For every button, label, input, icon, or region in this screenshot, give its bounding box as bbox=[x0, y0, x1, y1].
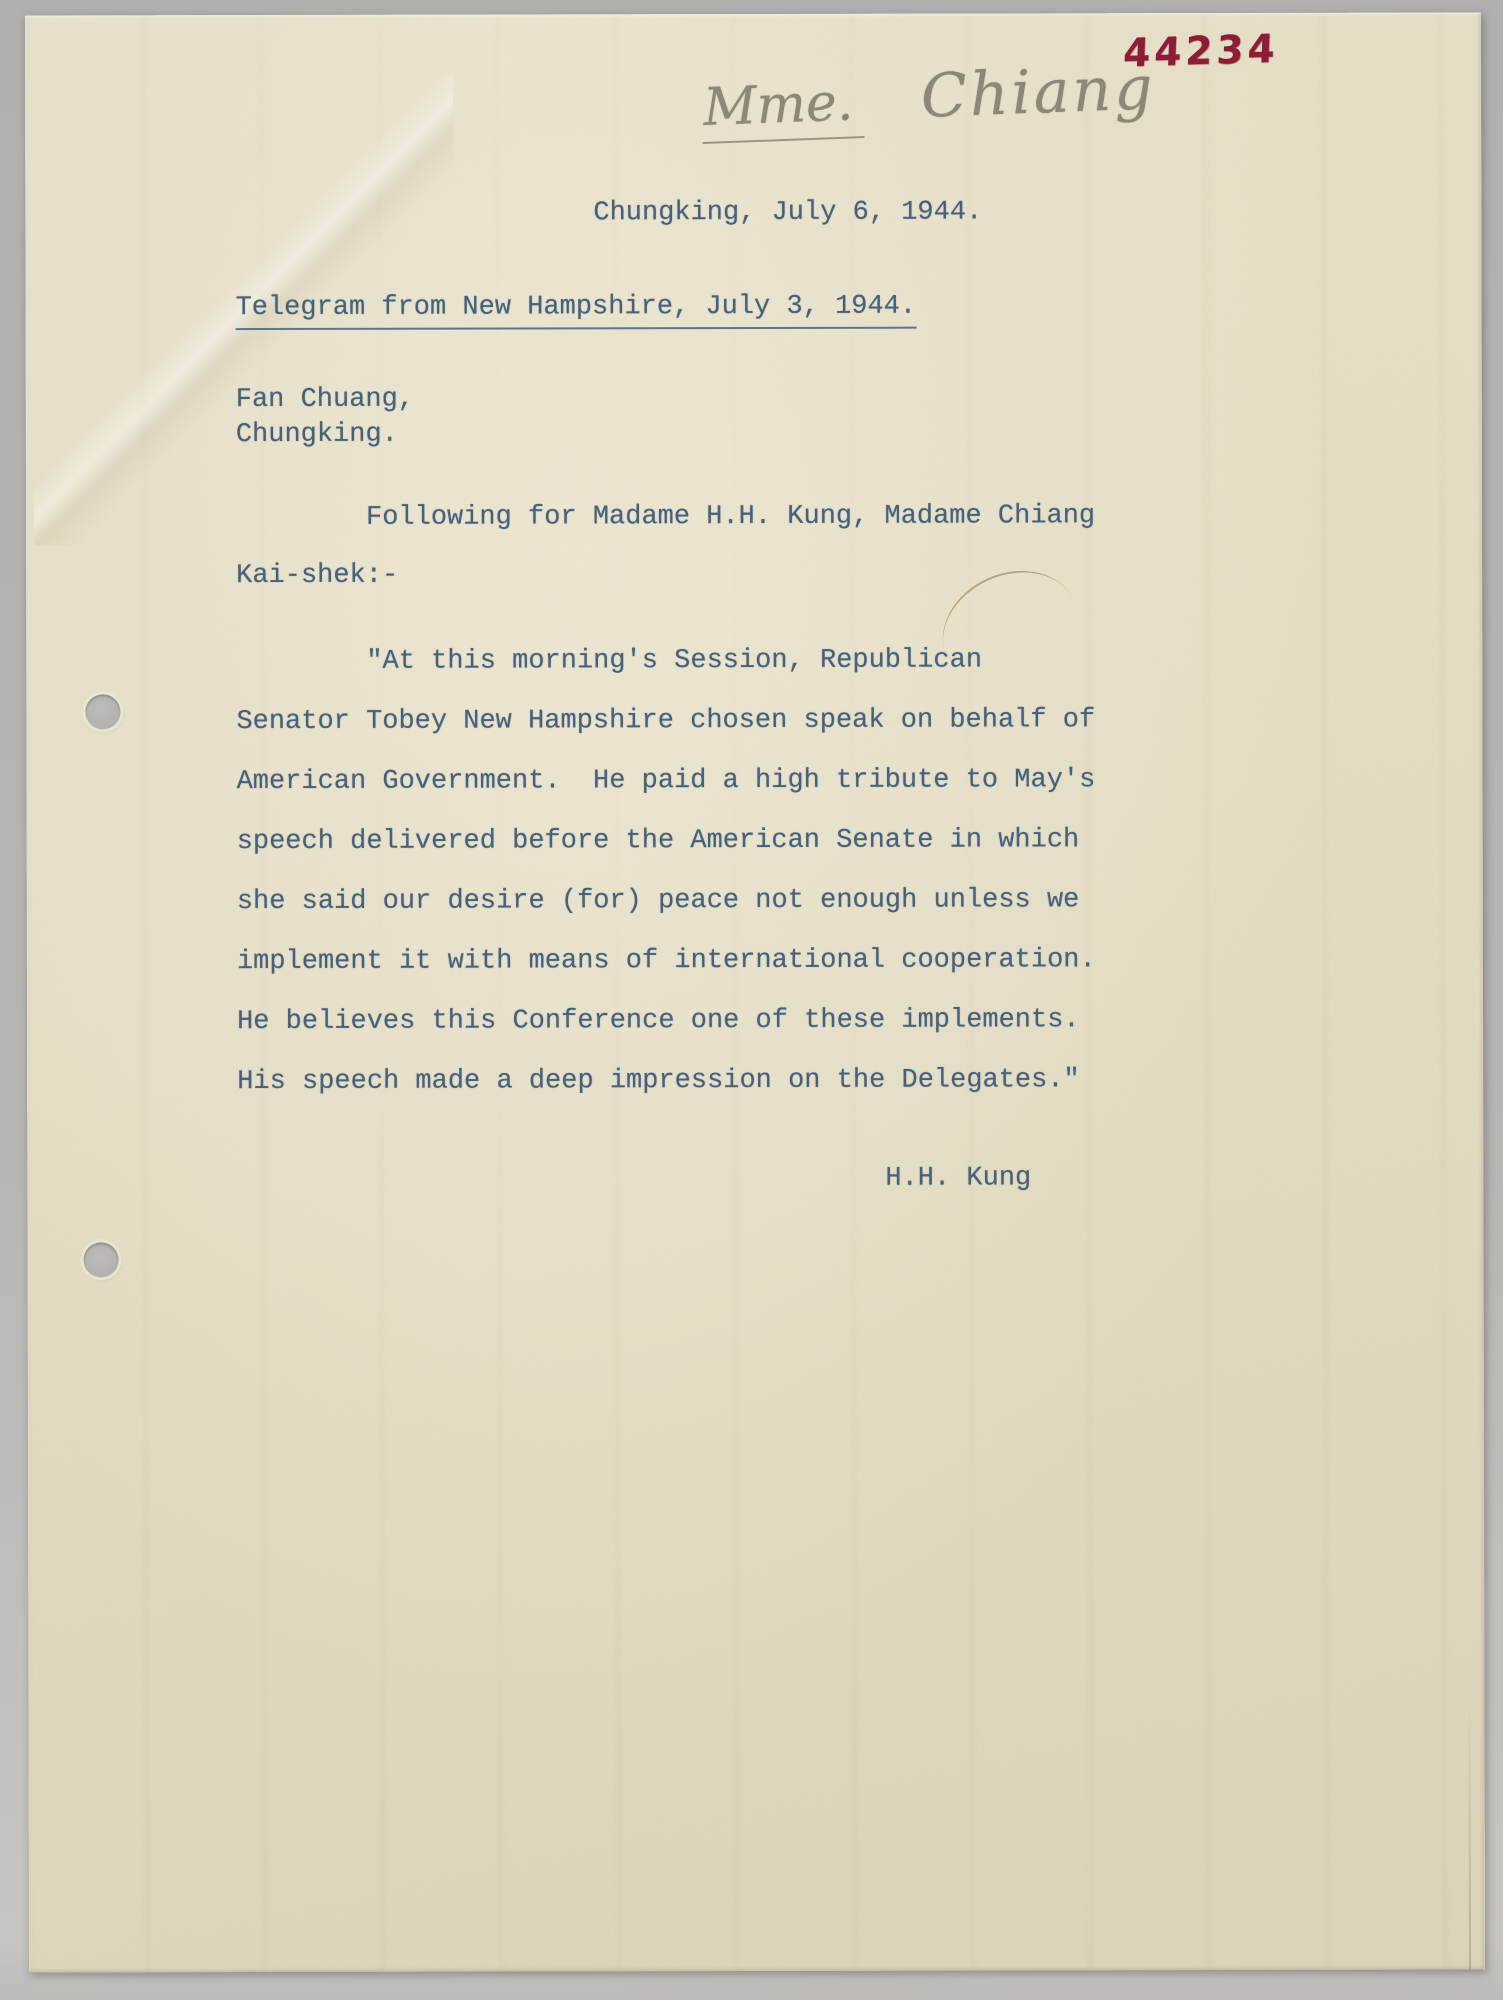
body-line-2: Senator Tobey New Hampshire chosen speak… bbox=[236, 703, 1095, 740]
punch-hole-top bbox=[85, 694, 120, 729]
document-sheet: 44234 Mme.Chiang Chungking, July 6, 1944… bbox=[25, 12, 1485, 1972]
body-line-7: He believes this Conference one of these… bbox=[237, 1003, 1080, 1040]
recipient-name: Fan Chuang, bbox=[236, 383, 414, 418]
pencil-annotation: Mme.Chiang bbox=[700, 53, 1157, 140]
body-line-5: she said our desire (for) peace not enou… bbox=[237, 883, 1080, 920]
subject-line: Telegram from New Hampshire, July 3, 194… bbox=[236, 290, 917, 330]
pencil-annotation-salutation: Mme. bbox=[700, 72, 864, 144]
page-background: { "annotations": { "archive_number": "44… bbox=[0, 0, 1503, 2000]
intro-line-1: Following for Madame H.H. Kung, Madame C… bbox=[366, 499, 1095, 536]
body-line-6: implement it with means of international… bbox=[237, 943, 1096, 980]
body-line-3: American Government. He paid a high trib… bbox=[237, 763, 1096, 800]
body-line-1: "At this morning's Session, Republican bbox=[366, 644, 982, 680]
paper-edge-shadow bbox=[1468, 1695, 1471, 1970]
dateline: Chungking, July 6, 1944. bbox=[593, 196, 982, 232]
recipient-city: Chungking. bbox=[236, 418, 398, 453]
intro-line-2: Kai-shek:- bbox=[236, 559, 398, 594]
body-line-4: speech delivered before the American Sen… bbox=[237, 823, 1080, 860]
signature: H.H. Kung bbox=[885, 1161, 1031, 1196]
body-line-8: His speech made a deep impression on the… bbox=[237, 1063, 1080, 1100]
pencil-annotation-name: Chiang bbox=[920, 53, 1157, 132]
punch-hole-bottom bbox=[84, 1242, 119, 1277]
